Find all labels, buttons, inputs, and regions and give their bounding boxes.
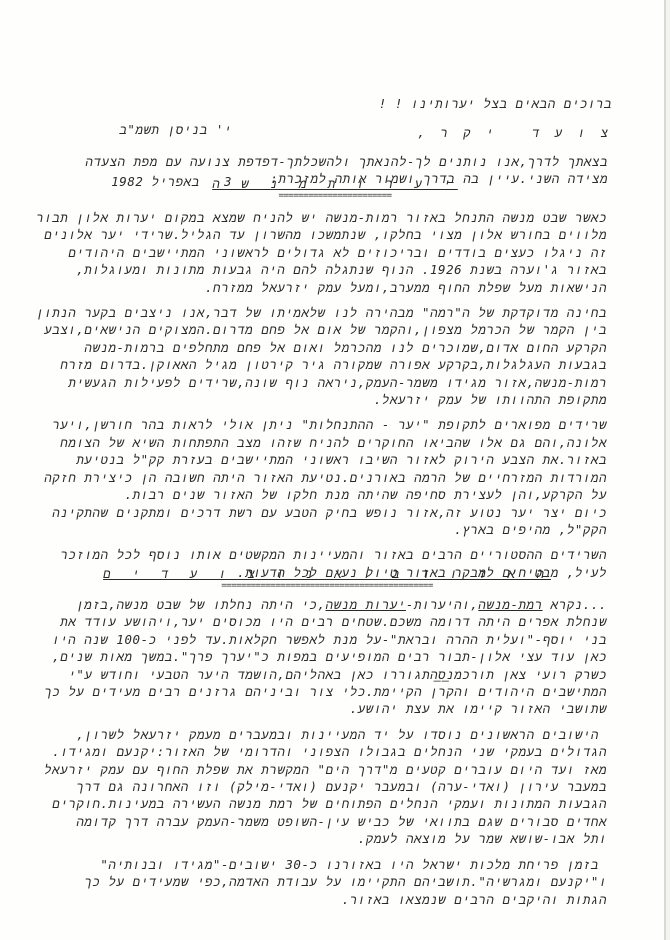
text-line: בזמן פריחת מלכות ישראל היו באזורנו כ-30 …	[37, 856, 607, 873]
text-line: כאן עוד עצי אלון-תבור רבים המופיעים במפו…	[37, 648, 607, 665]
text-line: במעבר עירון (ואדי-ערה) ובמעבר יקנעם (ואד…	[37, 778, 607, 795]
text-line: שנחלת אפרים היתה דרומה משכם.שטחים רבים ה…	[37, 613, 607, 630]
text-line: מלווים בחורש אלון מצוי בחלקו, שנתמשכו מה…	[37, 226, 607, 243]
text-line: המתישבים היהודים והקרן הקיימת.כלי צור וב…	[37, 683, 607, 700]
text-line: על הקרקע,והן לעצירת סחיפה שהיתה מנת חלקו…	[37, 486, 607, 503]
paragraph: שרידים מפוארים לתקופת "יער - ההתנחלות" נ…	[37, 416, 607, 538]
lead-mid: ,והיערות-	[406, 597, 478, 612]
text-line: באזור.את הצבע הירוק לאזור השיבו ראשוני ה…	[37, 451, 607, 468]
lead-suffix: ,כי היתה נחלתו של שבט מנשה,בזמן	[76, 597, 325, 612]
text-line: באזור ג'וערה בשנת 1926. הנוף שנתגלה להם …	[37, 261, 607, 278]
text-line: הישובים הראשונים נוסדו על יד המעיינות וב…	[37, 726, 607, 743]
text-line: המורדות המזרחיים של הרמה באורנים.נטיעת ה…	[37, 469, 607, 486]
paragraph: כאשר שבט מנשה התנחל באזור רמות-מנשה יש ל…	[37, 209, 607, 296]
section1-title: י ע ר ו ת מ נ ש ה	[212, 176, 458, 192]
text-line: מתקופת התהוותו של עמק יזרעאל.	[37, 391, 607, 408]
text-line: בחינה מדוקדקת של ה"רמה" מבהירה לנו שלאמי…	[37, 304, 607, 321]
text-line: בין הקמר של הכרמל מצפון,והקמר של אום אל …	[37, 321, 607, 338]
text-line: כאשר שבט מנשה התנחל באזור רמות-מנשה יש ל…	[37, 209, 607, 226]
text-line: אחדים סבורים שגם בתוואי של כביש עין-השופ…	[37, 813, 607, 830]
underlined-term: רמת-מנשה	[478, 597, 542, 612]
text-line: אלונה,והם גם אלו שהביאו החוקרים להניח שז…	[37, 434, 607, 451]
text-line: ותל אבו-שושא שמר על מוצאה לעמק.	[37, 830, 607, 847]
salutation: צ ו ע ד י ק ר ,	[52, 124, 612, 141]
section1-heading: י ע ר ו ת מ נ ש ה ======================…	[0, 173, 670, 200]
underlined-term: יערות מנשה	[326, 597, 406, 612]
lead-prefix: ...נקרא	[543, 597, 607, 612]
text-line: ו"יקנעם ומגרשיה".תושביהם התקיימו על עבוד…	[37, 873, 607, 890]
text-line: מאז ועד היום עוברים קטעים מ"דרך הים" המק…	[37, 761, 607, 778]
text-line: הגבעות המתונות ועמקי הנחלים הפתוחים של ר…	[37, 795, 607, 812]
section2-body: ...נקרא רמת-מנשה,והיערות-יערות מנשה,כי ה…	[37, 596, 607, 916]
text-line: בני יוסף-"ועלית ההרה ובראת"-על מנת לאפשר…	[37, 631, 607, 648]
section2-underline: ========================================…	[0, 582, 662, 590]
text-line: רמות-מנשה,אזור מגידו משמר-העמק,ניראה נוף…	[37, 374, 607, 391]
text-line: שרידים מפוארים לתקופת "יער - ההתנחלות" נ…	[37, 416, 607, 433]
scanned-page: ברוכים הבאים בצל יערותינו ! ! י' בניסן ת…	[0, 0, 670, 940]
text-line: כשרק רועי צאן תורכמנ̲ס̲התגוררו כאן באהלי…	[37, 666, 607, 683]
section1-body: כאשר שבט מנשה התנחל באזור רמות-מנשה יש ל…	[37, 209, 607, 589]
text-line: הגתות והיקבים הרבים שנמצאו באזור.	[37, 891, 607, 908]
text-line: הקק"ל, מהיפים בארץ.	[37, 521, 607, 538]
section2-heading: ה א ז ו ר ב ו א נ ו צ ו ע ד י ם ========…	[0, 563, 662, 590]
text-line: הגדולים בעמקי שני הנחלים בגבולו הצפוני ו…	[37, 743, 607, 760]
salutation-block: צ ו ע ד י ק ר ,	[52, 124, 612, 141]
paragraph: הישובים הראשונים נוסדו על יד המעיינות וב…	[37, 726, 607, 848]
paragraph: בזמן פריחת מלכות ישראל היו באזורנו כ-30 …	[37, 856, 607, 908]
text-line: כיום יצר יער נטוע זה,אזור נופש בחיק הטבע…	[37, 504, 607, 521]
intro-line: בצאתך לדרך,אנו נותנים לך-להנאתך ולהשכלתך…	[48, 153, 608, 170]
text-line: הקרקע החום אדום,שמוכרים לנו מהכרמל ואום …	[37, 339, 607, 356]
text-line: שתושבי האזור קיימו את עצת יהושע.	[37, 700, 607, 717]
page-edge	[666, 0, 670, 940]
text-line: בגבעות העגלגלות,בקרקע אפורה שמקורה גיר ק…	[37, 356, 607, 373]
paragraph: שנחלת אפרים היתה דרומה משכם.שטחים רבים ה…	[37, 613, 607, 717]
text-line: הנישאות מעל שפלת החוף ממערב,ומעל עמק יזר…	[37, 279, 607, 296]
section2-title: ה א ז ו ר ב ו א נ ו צ ו ע ד י ם	[103, 566, 551, 582]
page-edge-line	[664, 0, 666, 940]
lead-line: ...נקרא רמת-מנשה,והיערות-יערות מנשה,כי ה…	[37, 596, 607, 613]
text-line: השרידים ההסטוריים הרבים באזור והמעיינות …	[37, 546, 607, 563]
section1-underline: =======================	[0, 192, 670, 200]
text-line: זה ניגלו כעצים בודדים ובריכוזים לא גדולי…	[37, 244, 607, 261]
paragraph: בחינה מדוקדקת של ה"רמה" מבהירה לנו שלאמי…	[37, 304, 607, 408]
